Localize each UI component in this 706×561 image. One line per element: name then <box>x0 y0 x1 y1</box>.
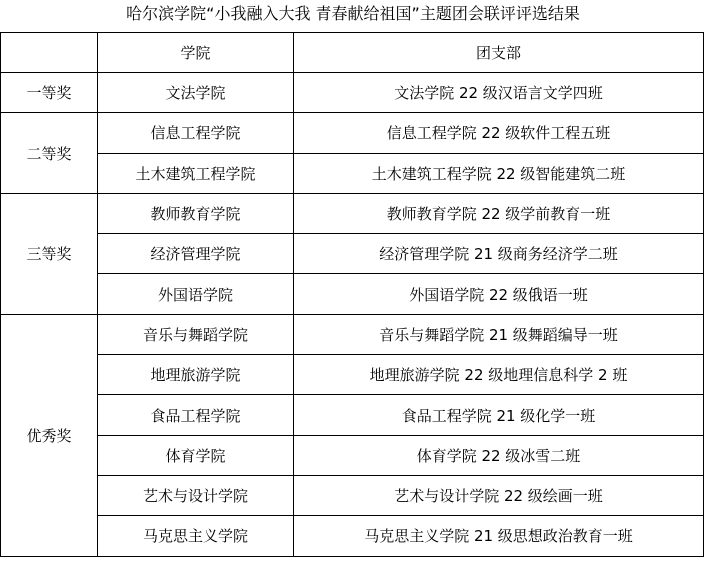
branch-cell: 经济管理学院 21 级商务经济学二班 <box>294 234 704 274</box>
college-cell: 文法学院 <box>98 73 294 113</box>
college-cell: 音乐与舞蹈学院 <box>98 314 294 354</box>
college-cell: 信息工程学院 <box>98 113 294 153</box>
award-cell: 二等奖 <box>1 113 98 194</box>
table-row: 土木建筑工程学院 土木建筑工程学院 22 级智能建筑二班 <box>1 153 704 193</box>
college-cell: 教师教育学院 <box>98 193 294 233</box>
branch-cell: 艺术与设计学院 22 级绘画一班 <box>294 475 704 515</box>
college-cell: 经济管理学院 <box>98 234 294 274</box>
table-row: 艺术与设计学院 艺术与设计学院 22 级绘画一班 <box>1 475 704 515</box>
award-cell: 三等奖 <box>1 193 98 314</box>
header-row: 学院 团支部 <box>1 33 704 73</box>
table-row: 食品工程学院 食品工程学院 21 级化学一班 <box>1 395 704 435</box>
branch-cell: 地理旅游学院 22 级地理信息科学 2 班 <box>294 355 704 395</box>
results-table: 学院 团支部 一等奖 文法学院 文法学院 22 级汉语言文学四班 二等奖 信息工… <box>0 32 704 557</box>
college-cell: 外国语学院 <box>98 274 294 314</box>
college-cell: 艺术与设计学院 <box>98 475 294 515</box>
branch-cell: 食品工程学院 21 级化学一班 <box>294 395 704 435</box>
table-row: 体育学院 体育学院 22 级冰雪二班 <box>1 435 704 475</box>
table-row: 马克思主义学院 马克思主义学院 21 级思想政治教育一班 <box>1 516 704 556</box>
branch-cell: 土木建筑工程学院 22 级智能建筑二班 <box>294 153 704 193</box>
table-row: 三等奖 教师教育学院 教师教育学院 22 级学前教育一班 <box>1 193 704 233</box>
branch-cell: 信息工程学院 22 级软件工程五班 <box>294 113 704 153</box>
table-row: 外国语学院 外国语学院 22 级俄语一班 <box>1 274 704 314</box>
header-award <box>1 33 98 73</box>
branch-cell: 文法学院 22 级汉语言文学四班 <box>294 73 704 113</box>
document-title: 哈尔滨学院“小我融入大我 青春献给祖国”主题团会联评评选结果 <box>0 3 706 25</box>
college-cell: 土木建筑工程学院 <box>98 153 294 193</box>
branch-cell: 体育学院 22 级冰雪二班 <box>294 435 704 475</box>
award-cell: 一等奖 <box>1 73 98 113</box>
branch-cell: 教师教育学院 22 级学前教育一班 <box>294 193 704 233</box>
branch-cell: 外国语学院 22 级俄语一班 <box>294 274 704 314</box>
table-row: 地理旅游学院 地理旅游学院 22 级地理信息科学 2 班 <box>1 355 704 395</box>
table-row: 经济管理学院 经济管理学院 21 级商务经济学二班 <box>1 234 704 274</box>
branch-cell: 音乐与舞蹈学院 21 级舞蹈编导一班 <box>294 314 704 354</box>
table-row: 二等奖 信息工程学院 信息工程学院 22 级软件工程五班 <box>1 113 704 153</box>
branch-cell: 马克思主义学院 21 级思想政治教育一班 <box>294 516 704 556</box>
award-cell: 优秀奖 <box>1 314 98 556</box>
table-row: 优秀奖 音乐与舞蹈学院 音乐与舞蹈学院 21 级舞蹈编导一班 <box>1 314 704 354</box>
header-college: 学院 <box>98 33 294 73</box>
college-cell: 体育学院 <box>98 435 294 475</box>
college-cell: 食品工程学院 <box>98 395 294 435</box>
table-row: 一等奖 文法学院 文法学院 22 级汉语言文学四班 <box>1 73 704 113</box>
header-branch: 团支部 <box>294 33 704 73</box>
college-cell: 马克思主义学院 <box>98 516 294 556</box>
college-cell: 地理旅游学院 <box>98 355 294 395</box>
